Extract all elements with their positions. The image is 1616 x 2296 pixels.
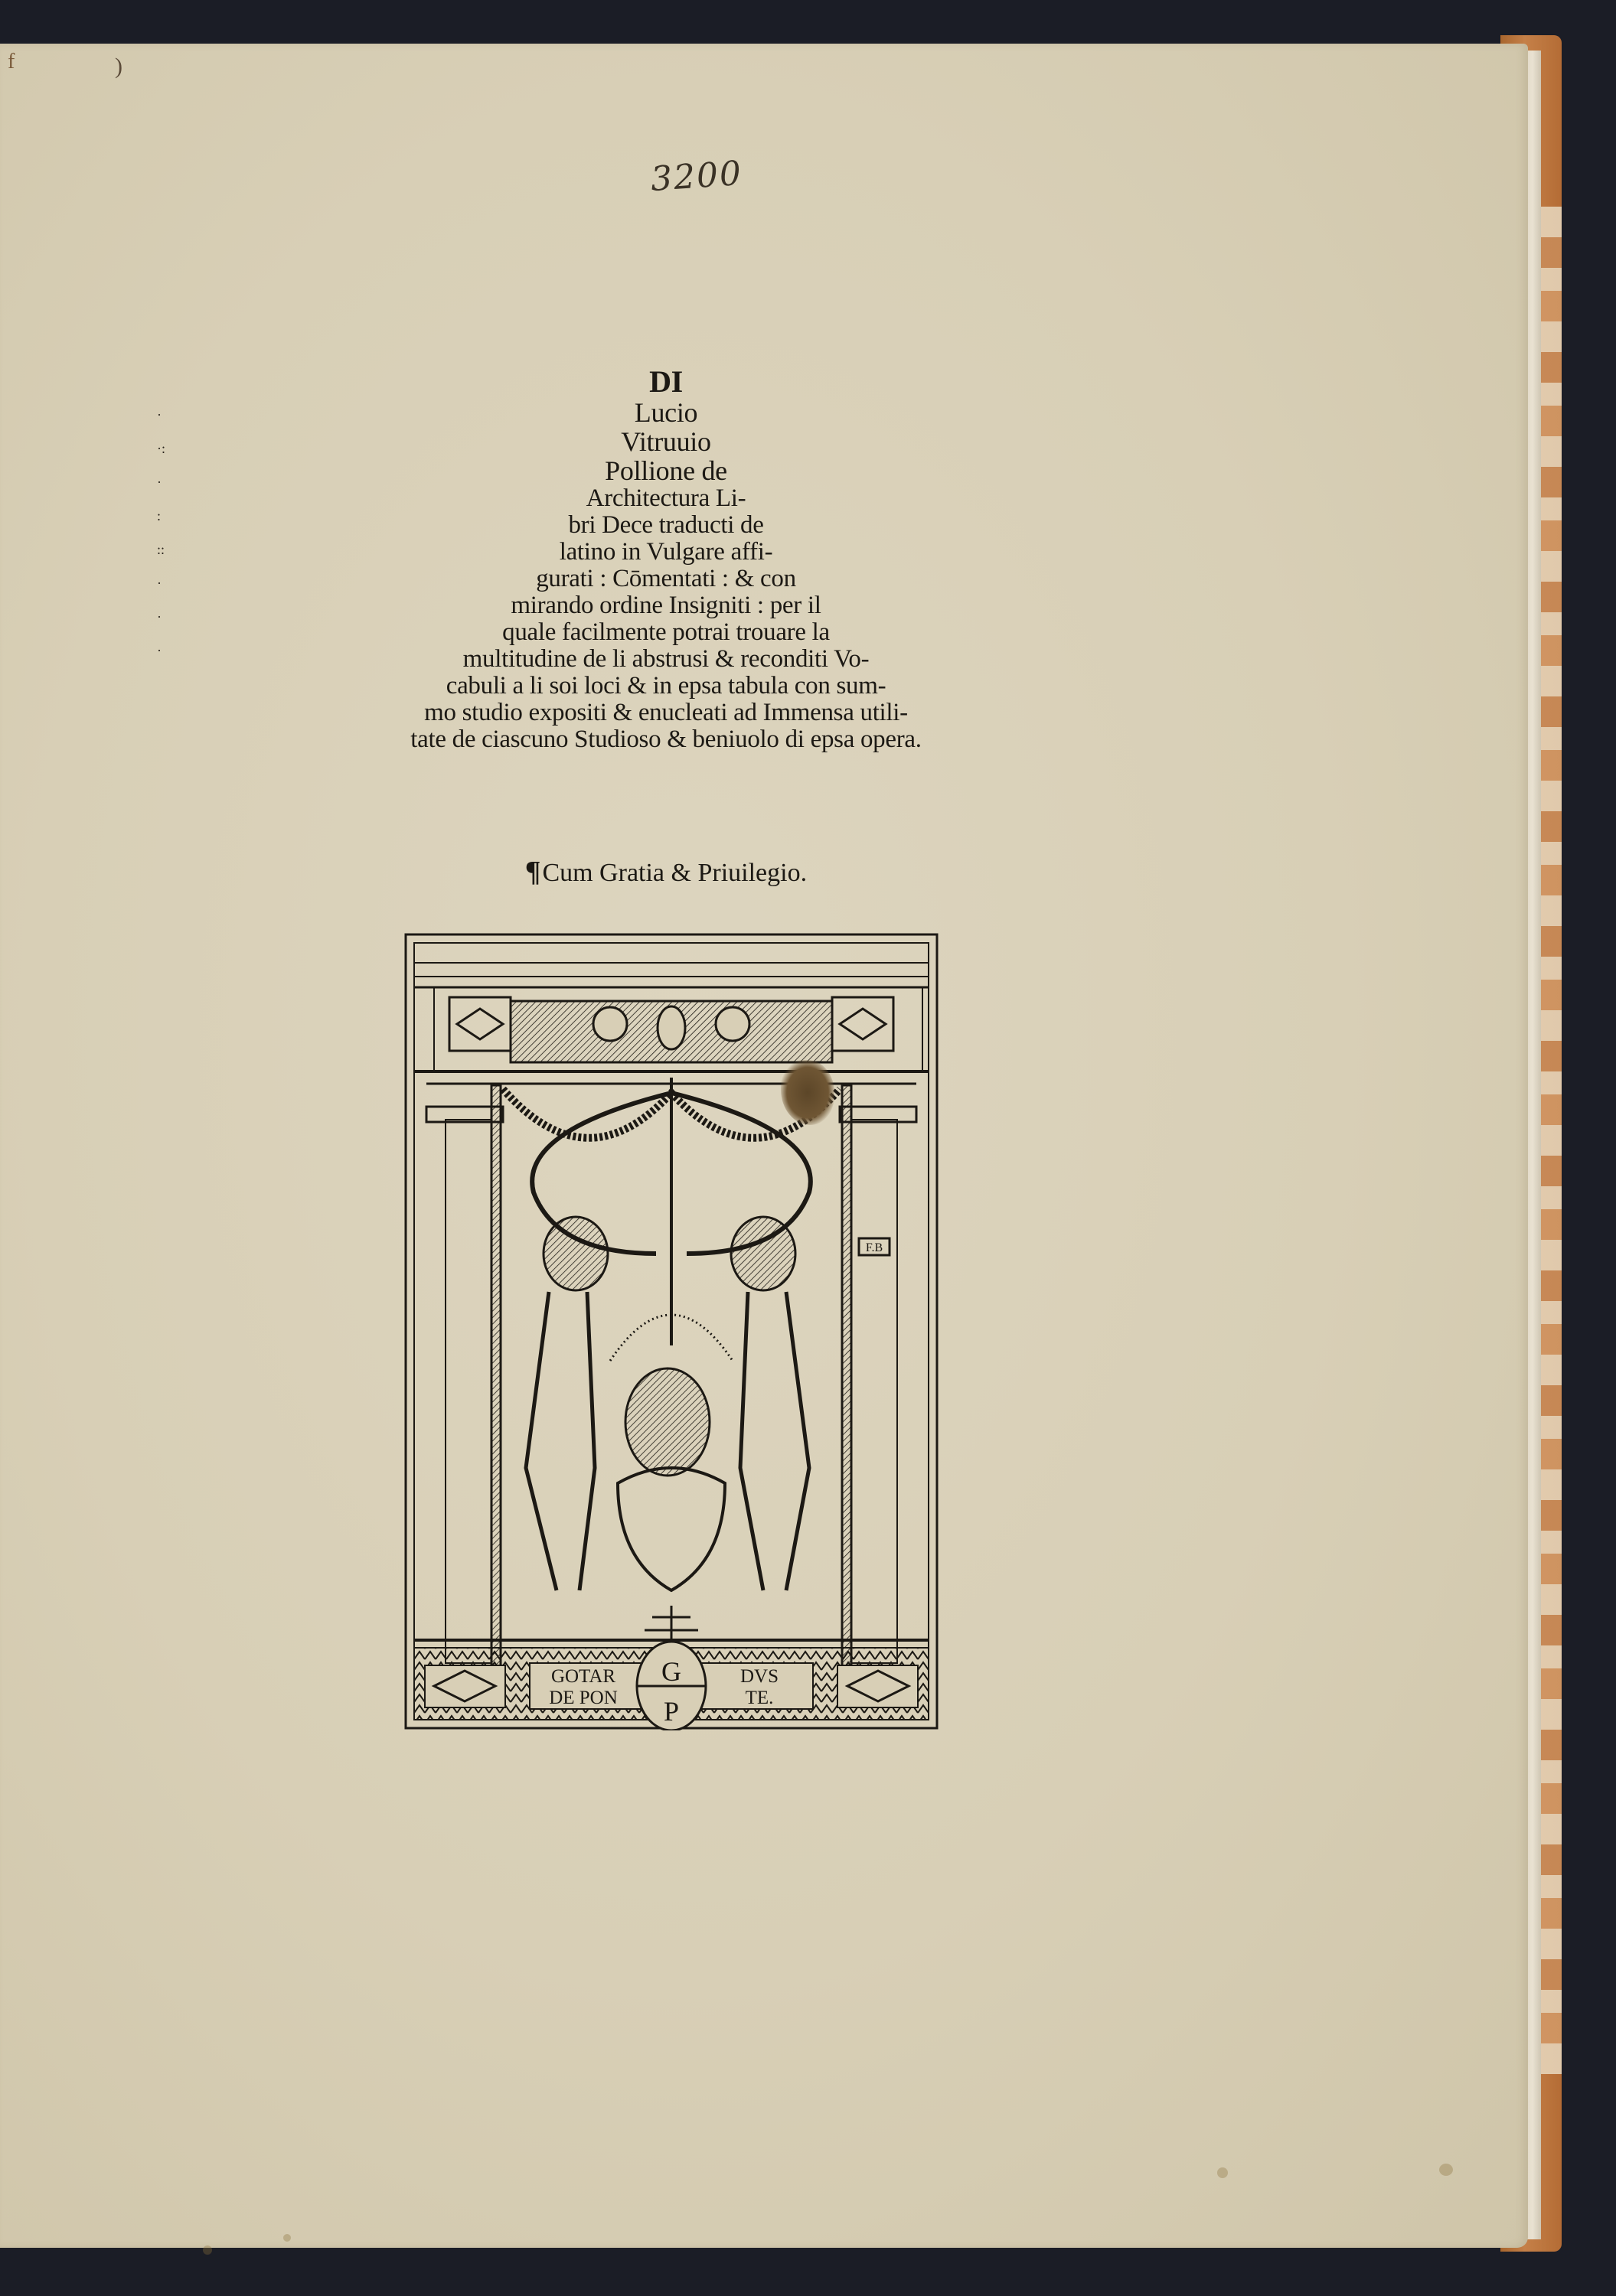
title-line: mo studio expositi & enucleati ad Immens… (322, 700, 1010, 726)
cartouche-text: DE PON (549, 1688, 618, 1708)
corner-annotation: f (8, 50, 15, 74)
title-line: bri Dece traducti de (322, 512, 1010, 539)
cartouche-text: DVS (740, 1666, 779, 1687)
foxing-spot (1439, 2164, 1453, 2176)
title-block: DI Lucio Vitruuio Pollione de Architectu… (322, 366, 1010, 753)
cartouche-text: TE. (746, 1688, 774, 1708)
title-line: quale facilmente potrai trouare la (322, 619, 1010, 646)
marbled-pastedown-edge (1539, 207, 1562, 2074)
title-line: mirando ordine Insigniti : per il (322, 592, 1010, 619)
printers-device-woodcut: GOTAR DE PON G P DVS TE. F.B (403, 932, 939, 1730)
column-plaque-text: F.B (866, 1241, 883, 1254)
monogram-letter: G (661, 1656, 681, 1687)
pilcrow-icon: ¶ (525, 856, 541, 888)
foxing-spot (283, 2234, 291, 2242)
title-line: latino in Vulgare affi- (322, 539, 1010, 566)
privilege-text: Cum Gratia & Priuilegio. (542, 859, 807, 887)
monogram-letter: P (664, 1696, 679, 1727)
margin-mark: ) (115, 54, 122, 80)
foxing-spot (1217, 2167, 1228, 2178)
title-line: Vitruuio (322, 427, 1010, 456)
foxing-spot (203, 2245, 212, 2255)
title-line: Lucio (322, 398, 1010, 427)
title-line: DI (322, 366, 1010, 398)
title-line: gurati : Cōmentati : & con (322, 566, 1010, 592)
title-line: tate de ciascuno Studioso & beniuolo di … (322, 726, 1010, 753)
cartouche-text: GOTAR (551, 1666, 615, 1687)
title-line: Architectura Li- (322, 485, 1010, 512)
title-line: Pollione de (322, 456, 1010, 485)
show-through-dots: ··:·:::··· (157, 398, 188, 667)
title-line: cabuli a li soi loci & in epsa tabula co… (322, 673, 1010, 700)
title-line: multitudine de li abstrusi & reconditi V… (322, 646, 1010, 673)
privilege-line: ¶Cum Gratia & Priuilegio. (490, 855, 842, 889)
